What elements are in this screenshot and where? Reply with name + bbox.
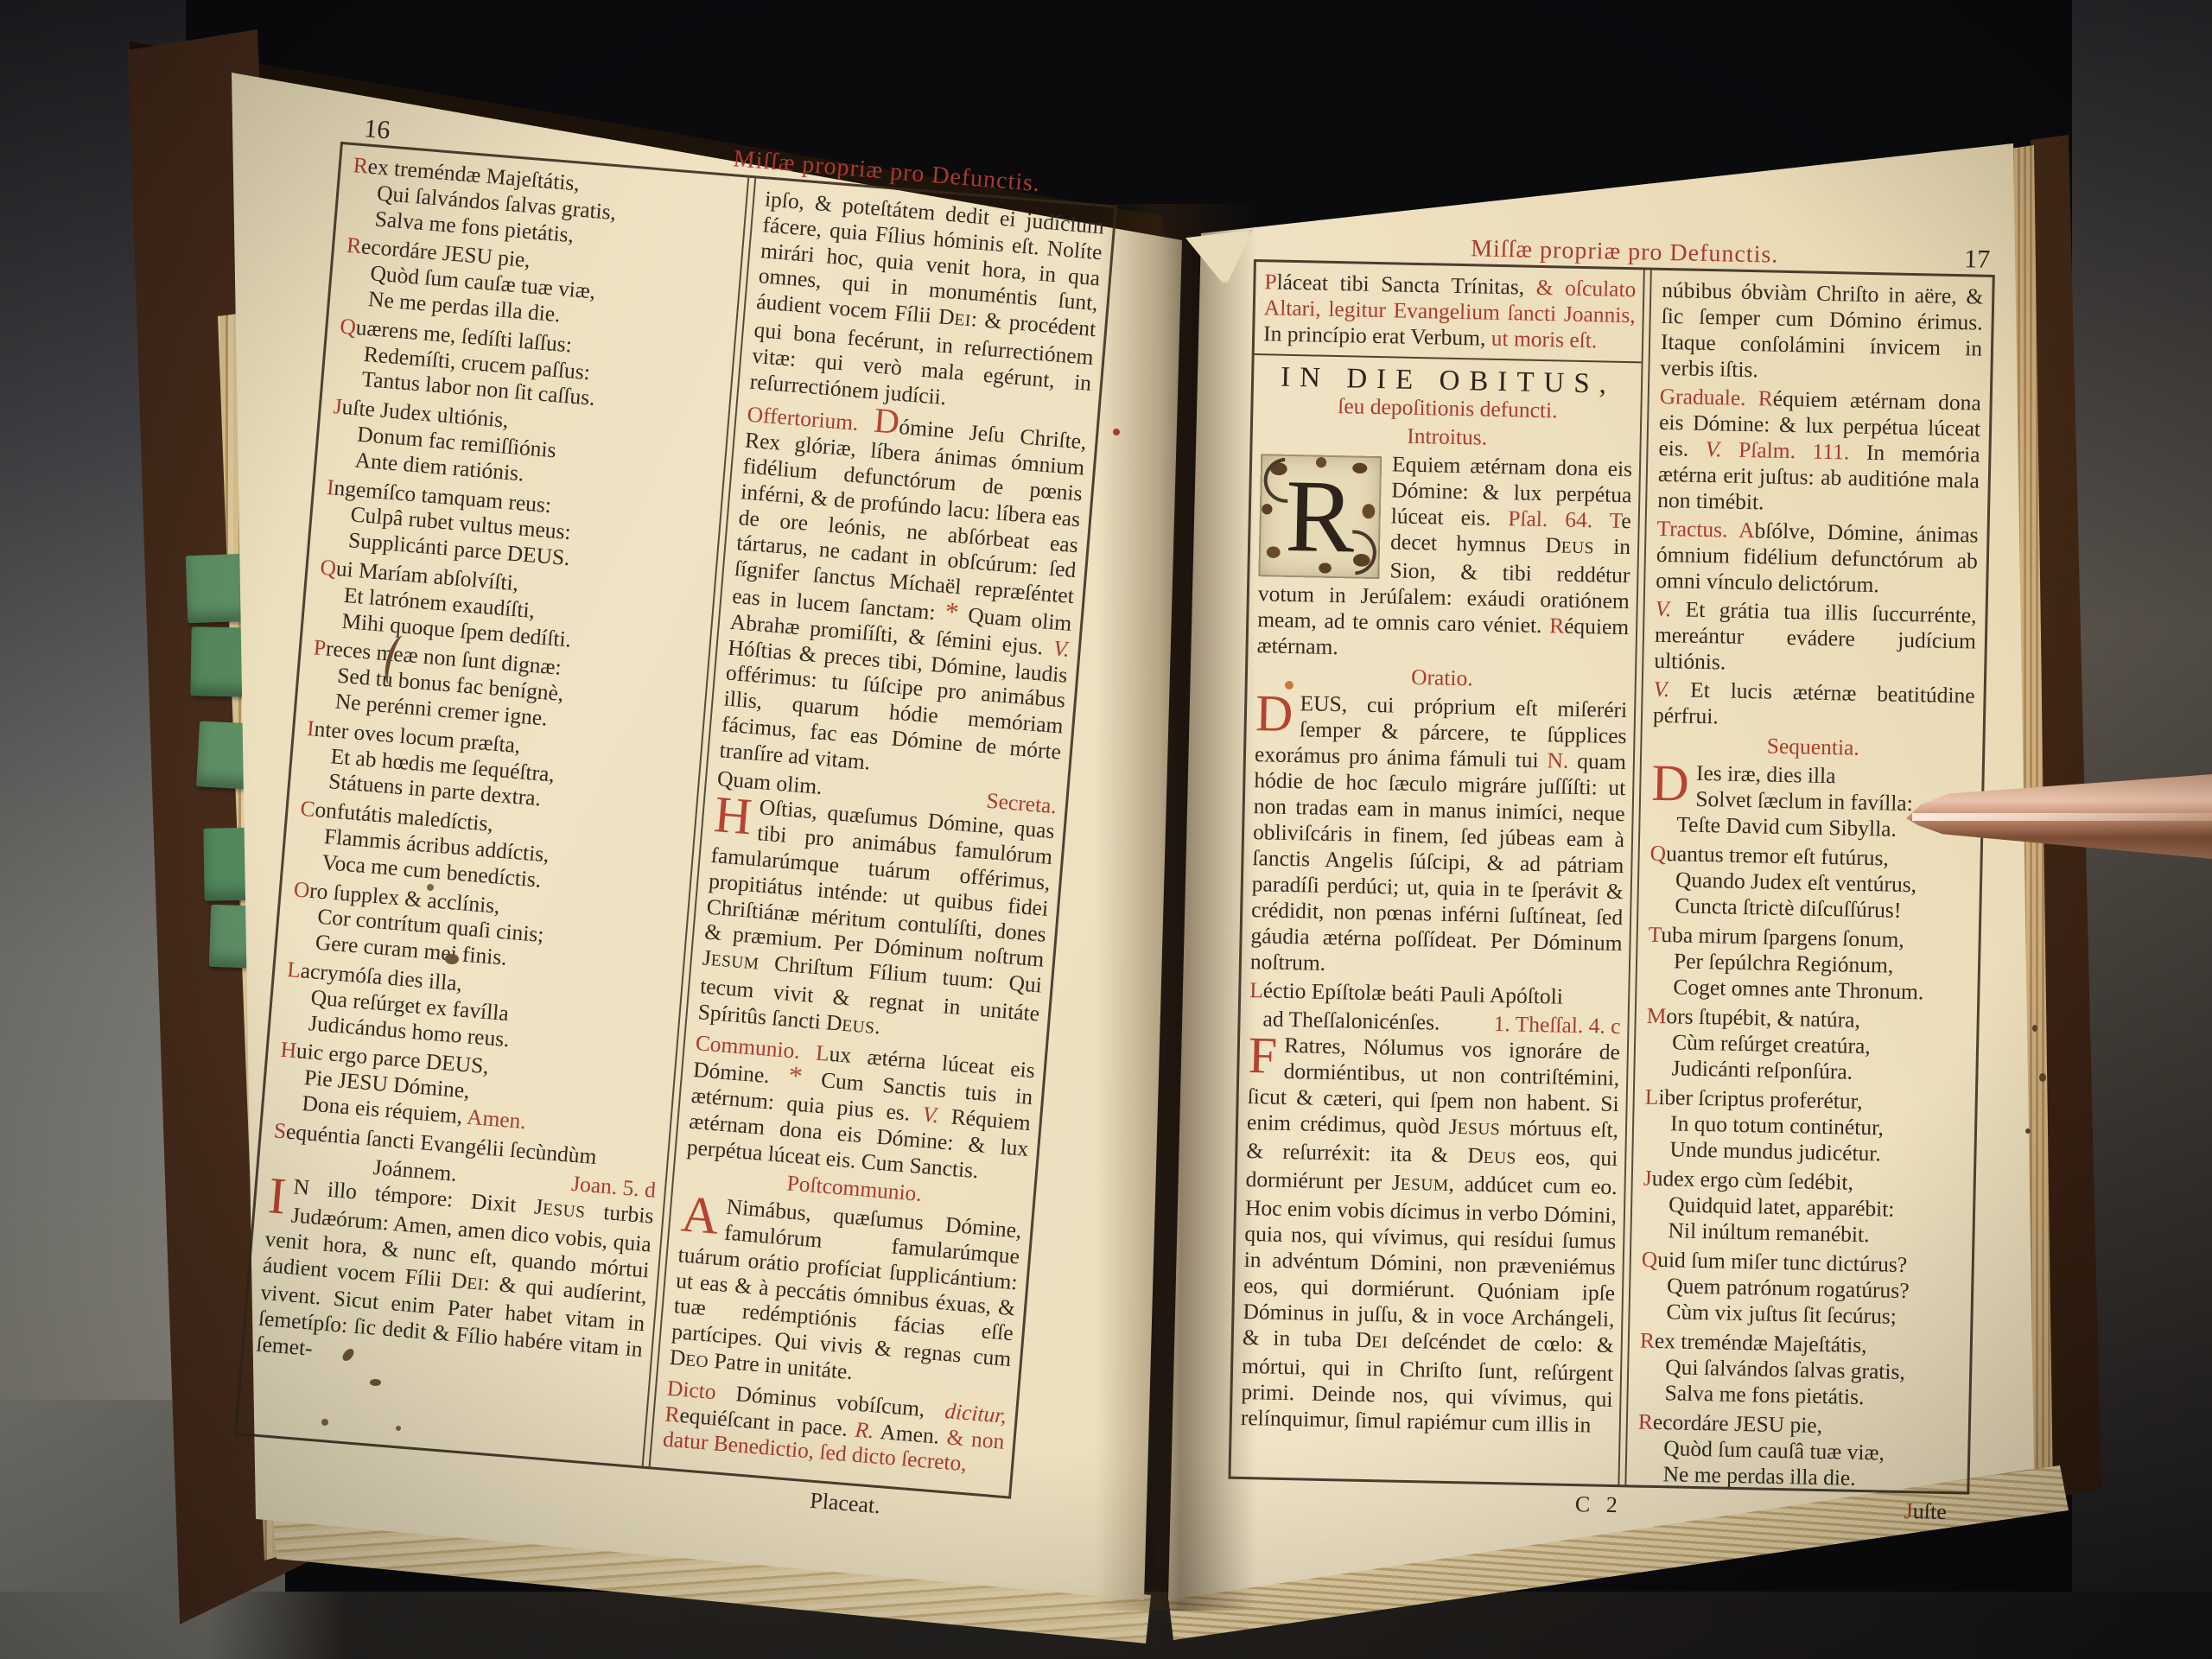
paragraph: Communio. Lux ætérna lúceat eis Dómine. … bbox=[686, 1030, 1036, 1188]
text-segment: In princípio erat Verbum, bbox=[1263, 321, 1491, 351]
text-segment: ESUM bbox=[1401, 1176, 1449, 1195]
text-segment: EUS bbox=[841, 1017, 875, 1038]
text-segment: , addúcet cum eo. Hoc enim vobis dícimus… bbox=[1243, 1171, 1618, 1352]
text-segment: L bbox=[1249, 977, 1263, 1002]
text-segment: EI bbox=[954, 311, 972, 331]
page-number-left: 16 bbox=[363, 116, 391, 143]
text-segment: ómine Jeſu Chriſte, Rex glóriæ, líbera á… bbox=[731, 414, 1087, 626]
text-segment: ad Theſſalonicénſes. bbox=[1262, 1006, 1440, 1034]
stanza-line: Unde mundus judicétur. bbox=[1643, 1136, 1966, 1169]
orange-ink-mark bbox=[1285, 681, 1294, 690]
text-segment: D bbox=[873, 401, 901, 442]
stanza-line: Coget omnes ante Thronum. bbox=[1647, 974, 1969, 1007]
paragraph: V. Et grátia tua illis ſuccurrénte, mere… bbox=[1654, 596, 1977, 681]
stanza: Tuba mirum ſpargens ſonum,Per ſepúlchra … bbox=[1647, 922, 1970, 1007]
right-column-2: núbibus óbviàm Chriſto in aëre, & ſic ſe… bbox=[1624, 270, 1994, 1492]
text-segment: Sequentia. bbox=[1767, 734, 1860, 760]
text-segment: ESUS bbox=[542, 1200, 586, 1222]
stanza: Rex treméndæ Majeſtátis,Qui ſalvándos ſa… bbox=[1638, 1328, 1961, 1413]
text-segment: ut moris eſt. bbox=[1491, 326, 1598, 353]
paragraph: DEUS, cui próprium eſt miſeréri ſemper &… bbox=[1250, 690, 1628, 982]
paragraph: V. Et lucis ætérnæ beatitúdine pérfrui. bbox=[1653, 677, 1975, 735]
drop-cap: D bbox=[1651, 760, 1696, 804]
photo-of-open-missal: 16 Miſſæ propriæ pro Defunctis. Rex trem… bbox=[0, 0, 2212, 1659]
stain bbox=[427, 884, 434, 891]
rubric-heading: Introitus. bbox=[1261, 420, 1633, 454]
text-segment: Oratio. bbox=[1411, 664, 1473, 690]
right-text-frame: Pláceat tibi Sancta Trínitas, & oſculato… bbox=[1228, 259, 1994, 1495]
text-segment: P bbox=[1264, 269, 1277, 294]
text-segment: Et lucis ætérnæ beatitúdine pérfrui. bbox=[1653, 677, 1975, 728]
right-column-1: Pláceat tibi Sancta Trínitas, & oſculato… bbox=[1228, 262, 1644, 1484]
text-segment: EUS bbox=[1484, 1149, 1517, 1168]
text-segment: Et grátia tua illis ſuccurrénte, mereánt… bbox=[1654, 596, 1977, 674]
text-segment: ſeu depoſitionis defuncti. bbox=[1338, 393, 1558, 423]
text-segment: ESUM bbox=[710, 951, 760, 974]
right-page-content: Miſſæ propriæ pro Defunctis. 17 Pláceat … bbox=[1227, 218, 1995, 1540]
section-title: IN DIE OBITUS, bbox=[1262, 364, 1635, 397]
woodcut-initial: R bbox=[1258, 454, 1382, 579]
text-segment: A bbox=[1738, 518, 1755, 543]
drop-cap: D bbox=[1255, 690, 1300, 734]
text-segment: EUS bbox=[1561, 539, 1595, 558]
bookmark-tab bbox=[186, 554, 249, 623]
stanza: Mors ſtupébit, & natúra,Cùm reſúrget cre… bbox=[1645, 1003, 1968, 1088]
paragraph: HOſtias, quæſumus Dómine, quas tibi pro … bbox=[696, 791, 1055, 1055]
text-segment: ESUS bbox=[1458, 1120, 1501, 1139]
rubric-heading: Sequentia. bbox=[1652, 731, 1974, 764]
paragraph: Tractus. Abſólve, Dómine, ánimas ómnium … bbox=[1656, 516, 1979, 601]
text-segment: Amen. bbox=[466, 1104, 527, 1135]
text-segment: V. bbox=[1706, 436, 1722, 461]
paragraph: ipſo, & poteſtátem dedit ei judícium fác… bbox=[749, 186, 1105, 422]
stain bbox=[370, 1379, 381, 1386]
text-segment: V. bbox=[1655, 596, 1671, 621]
rubric-heading: Oratio. bbox=[1256, 661, 1629, 695]
text-segment: dicitur, bbox=[944, 1398, 1007, 1428]
text-segment: N. bbox=[1547, 747, 1568, 773]
paragraph: Graduale. Réquiem ætérnam dona eis Dómin… bbox=[1657, 384, 1981, 520]
text-segment: éctio Epíſtolæ beáti Pauli Apóſtoli bbox=[1263, 977, 1564, 1008]
paragraph: IN illo témpore: Dixit JESUS turbis Judæ… bbox=[255, 1172, 654, 1388]
drop-cap: A bbox=[680, 1191, 728, 1238]
left-text-frame: Rex treméndæ Majeſtátis,Qui ſalvándos ſa… bbox=[234, 142, 1117, 1499]
catchword-left: Placeat. bbox=[809, 1488, 881, 1519]
text-segment: Graduale. bbox=[1659, 384, 1758, 410]
stanza-line: Nil inúltum remanébit. bbox=[1642, 1217, 1964, 1250]
text-segment: V. bbox=[1052, 635, 1071, 661]
gathering-signature: C 2 bbox=[1575, 1491, 1623, 1518]
paragraph: REquiem ætérnam dona eis Dómine: & lux p… bbox=[1256, 448, 1632, 666]
stanza-line: Judicánti reſponſúra. bbox=[1645, 1055, 1967, 1088]
stain bbox=[2039, 1073, 2046, 1082]
paragraph: núbibus óbviàm Chriſto in aëre, & ſic ſe… bbox=[1660, 277, 1983, 388]
text-segment: V. bbox=[1653, 677, 1669, 702]
text-segment: R bbox=[1549, 613, 1565, 638]
text-segment: quam hódie de hoc ſæculo migráre juſſíſt… bbox=[1250, 748, 1627, 976]
page-number-right: 17 bbox=[1964, 246, 1991, 273]
paragraph: FRatres, Nólumus vos ignoráre de dormién… bbox=[1241, 1032, 1621, 1439]
stain bbox=[396, 1426, 401, 1431]
stanza-line: Cuncta ſtrictè diſcuſſúrus! bbox=[1649, 893, 1971, 925]
stanza-line: Salva me fons pietátis. bbox=[1638, 1380, 1961, 1413]
text-segment: Introitus. bbox=[1407, 423, 1487, 450]
text-segment: EO bbox=[684, 1351, 709, 1371]
text-segment: R. bbox=[854, 1416, 874, 1443]
text-segment: Pſal. 64. bbox=[1508, 505, 1610, 532]
stanza: Quid ſum miſer tunc dictúrus?Quem patrón… bbox=[1640, 1247, 1963, 1332]
paragraph: Offertorium. Dómine Jeſu Chriſte, Rex gl… bbox=[719, 397, 1089, 791]
text-segment: T bbox=[1609, 508, 1621, 533]
drop-cap: H bbox=[713, 791, 760, 838]
catchword-right: Juſte bbox=[1904, 1498, 1947, 1525]
paragraph: ANimábus, quæſumus Dómine, famulórum fam… bbox=[669, 1191, 1023, 1401]
paragraph: Pláceat tibi Sancta Trínitas, & oſculato… bbox=[1263, 269, 1637, 354]
text-segment: 1. Theſſal. 4. c bbox=[1493, 1011, 1620, 1039]
red-ink-mark bbox=[1113, 429, 1120, 435]
stain bbox=[2025, 1128, 2031, 1134]
drop-cap: I bbox=[267, 1172, 295, 1217]
text-segment: ipſo, & poteſtátem dedit ei judícium fác… bbox=[755, 186, 1105, 330]
stanza-line: Cùm vix juſtus ſit ſecúrus; bbox=[1640, 1299, 1962, 1332]
stanza: Quantus tremor eſt futúrus,Quando Judex … bbox=[1649, 841, 1972, 925]
text-segment: Tractus. bbox=[1656, 516, 1738, 543]
text-segment: EI bbox=[467, 1274, 485, 1294]
stanza: Recordáre JESU pie,Quòd ſum cauſâ tuæ vi… bbox=[1637, 1409, 1960, 1492]
text-segment: núbibus óbviàm Chriſto in aëre, & ſic ſe… bbox=[1660, 277, 1983, 382]
text-segment: . bbox=[874, 1014, 881, 1039]
stanza: DIes iræ, dies illaSolvet ſæclum in faví… bbox=[1650, 760, 1974, 844]
left-page-content: 16 Miſſæ propriæ pro Defunctis. Rex trem… bbox=[231, 100, 1121, 1544]
text-segment: EI bbox=[1371, 1333, 1389, 1351]
stain bbox=[2032, 1025, 2037, 1032]
text-segment: R bbox=[1758, 385, 1774, 410]
stanza: Judex ergo cùm ſedébit,Quidquid latet, a… bbox=[1642, 1166, 1965, 1250]
drop-cap: F bbox=[1248, 1032, 1284, 1077]
paragraph: Léctio Epíſtolæ beáti Pauli Apóſtoli bbox=[1249, 977, 1622, 1011]
text-segment: Pſalm. 111. bbox=[1721, 436, 1866, 465]
stanza: Liber ſcriptus proferétur,In quo totum c… bbox=[1643, 1084, 1967, 1169]
stain bbox=[445, 954, 459, 964]
stain bbox=[321, 1419, 328, 1426]
